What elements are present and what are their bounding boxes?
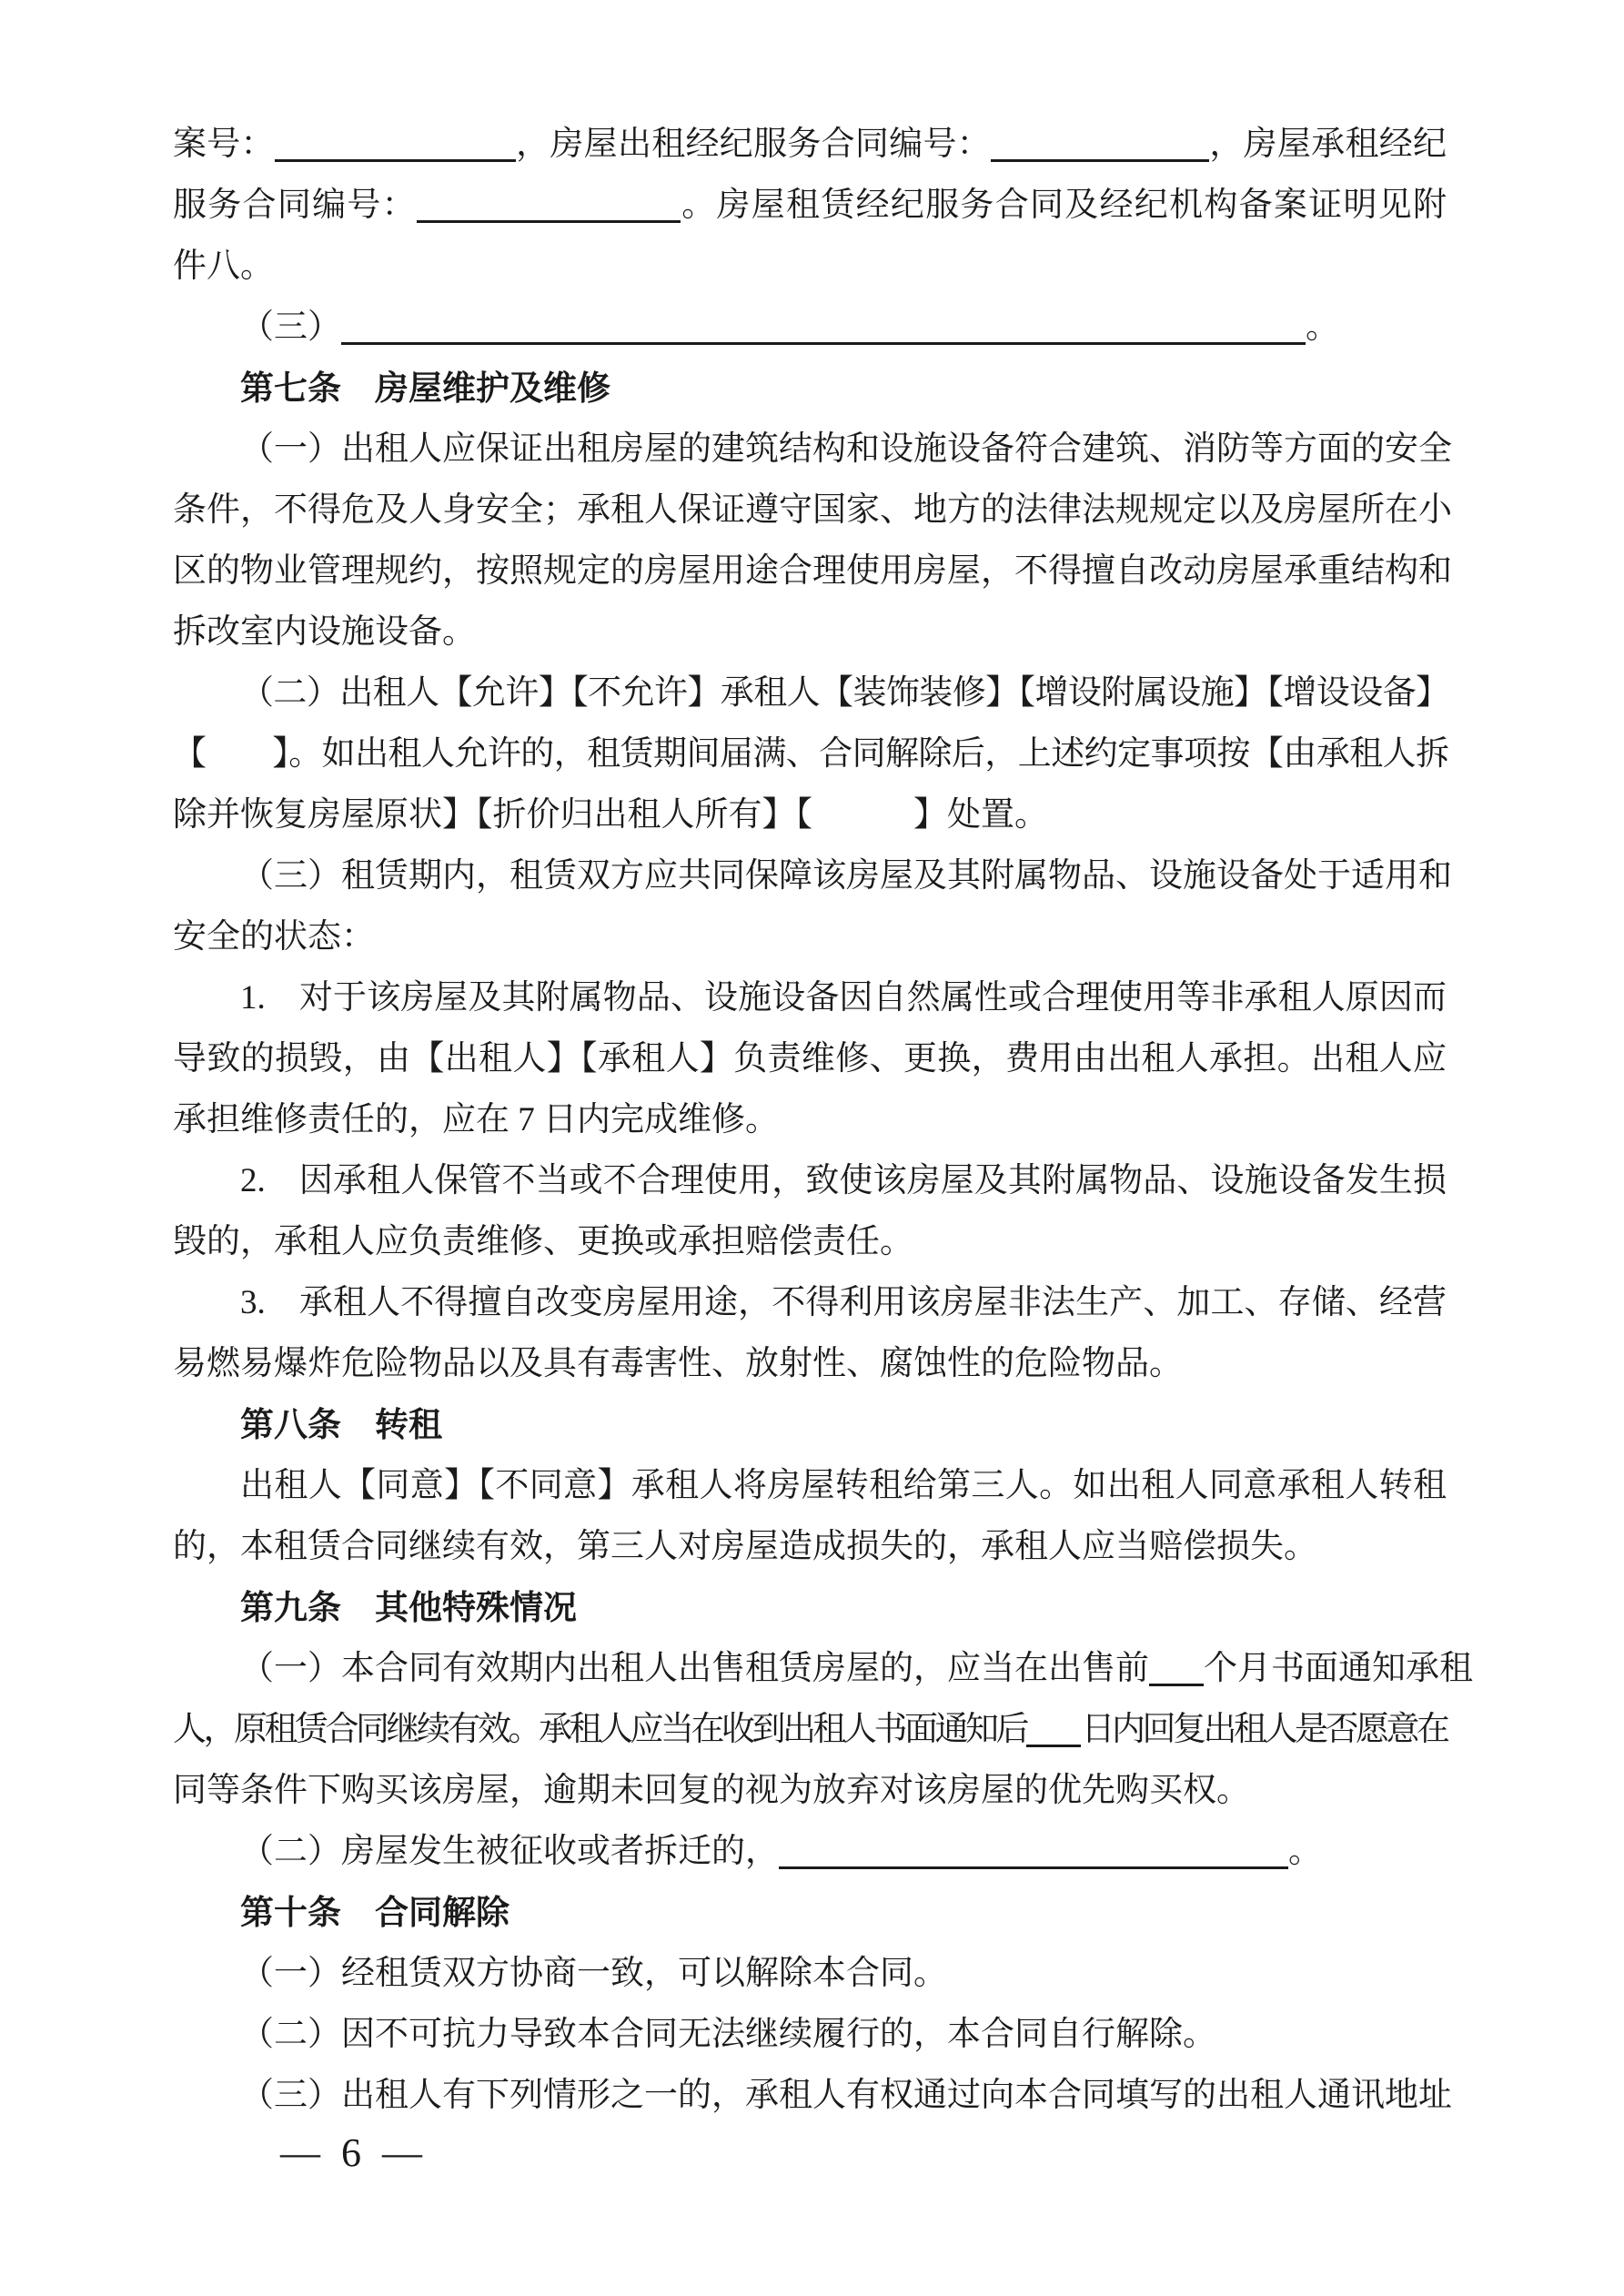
text-run: 2. 因承租人保管不当或不合理使用，致使该房屋及其附属物品、设施设备发生损 (240, 1162, 1447, 1199)
text-run: 。 (1306, 308, 1339, 346)
text-run: （一）本合同有效期内出租人出售租赁房屋的，应当在出售前 (240, 1650, 1149, 1687)
contract-text-line: （一）经租赁双方协商一致，可以解除本合同。 (173, 1943, 1447, 2004)
section-heading: 第七条 房屋维护及维修 (173, 358, 1447, 419)
contract-text-line: 出租人【同意】【不同意】承租人将房屋转租给第三人。如出租人同意承租人转租 (173, 1455, 1447, 1516)
text-run: （一）经租赁双方协商一致，可以解除本合同。 (240, 1955, 947, 1992)
contract-text-line: 易燃易爆炸危险物品以及具有毒害性、放射性、腐蚀性的危险物品。 (173, 1333, 1447, 1394)
text-run: （三）租赁期内，租赁双方应共同保障该房屋及其附属物品、设施设备处于适用和 (240, 857, 1452, 895)
contract-text-line: 安全的状态： (173, 906, 1447, 967)
contract-text-line: （二）因不可抗力导致本合同无法继续履行的，本合同自行解除。 (173, 2004, 1447, 2065)
contract-text-line: 毁的，承租人应负责维修、更换或承担赔偿责任。 (173, 1211, 1447, 1272)
text-run: （二）出租人【允许】【不允许】承租人【装饰装修】【增设附属设施】【增设设备】 (240, 674, 1447, 712)
text-run: （二）因不可抗力导致本合同无法继续履行的，本合同自行解除。 (240, 2016, 1216, 2053)
text-run: 承担维修责任的，应在 7 日内完成维修。 (173, 1101, 779, 1138)
contract-text-line: 同等条件下购买该房屋，逾期未回复的视为放弃对该房屋的优先购买权。 (173, 1760, 1447, 1821)
text-run: 。 (1288, 1833, 1322, 1870)
text-run: 区的物业管理规约，按照规定的房屋用途合理使用房屋，不得擅自改动房屋承重结构和 (173, 552, 1452, 590)
contract-text-line: （二）房屋发生被征收或者拆迁的，。 (173, 1821, 1447, 1882)
text-run: 案号： (173, 126, 275, 163)
contract-text-line: （二）出租人【允许】【不允许】承租人【装饰装修】【增设附属设施】【增设设备】 (173, 663, 1447, 723)
text-run: 的，本租赁合同继续有效，第三人对房屋造成损失的，承租人应当赔偿损失。 (173, 1528, 1317, 1565)
document-page: 案号：，房屋出租经纪服务合同编号：，房屋承租经纪服务合同编号：。房屋租赁经纪服务… (0, 0, 1624, 2296)
section-heading: 第十条 合同解除 (173, 1882, 1447, 1943)
contract-text-line: 承担维修责任的，应在 7 日内完成维修。 (173, 1089, 1447, 1150)
text-run: 安全的状态： (173, 918, 375, 956)
contract-text-line: 人，原租赁合同继续有效。承租人应当在收到出租人书面通知后日内回复出租人是否愿意在 (173, 1699, 1447, 1760)
text-run: （三） (240, 308, 341, 346)
contract-text-line: 条件，不得危及人身安全；承租人保证遵守国家、地方的法律法规规定以及房屋所在小 (173, 480, 1447, 541)
contract-text-line: （一）本合同有效期内出租人出售租赁房屋的，应当在出售前个月书面通知承租 (173, 1638, 1447, 1699)
text-run: （二）房屋发生被征收或者拆迁的， (240, 1833, 779, 1870)
contract-text-line: 案号：，房屋出租经纪服务合同编号：，房屋承租经纪 (173, 114, 1447, 175)
contract-text-line: （一）出租人应保证出租房屋的建筑结构和设施设备符合建筑、消防等方面的安全 (173, 419, 1447, 480)
contract-text-line: （三）租赁期内，租赁双方应共同保障该房屋及其附属物品、设施设备处于适用和 (173, 845, 1447, 906)
fill-in-blank[interactable] (779, 1836, 1288, 1869)
fill-in-blank[interactable] (417, 189, 681, 223)
text-run: 日内回复出租人是否愿意在 (1081, 1711, 1447, 1748)
text-run: 第八条 转租 (240, 1406, 442, 1443)
fill-in-blank[interactable] (991, 128, 1209, 162)
text-run: 易燃易爆炸危险物品以及具有毒害性、放射性、腐蚀性的危险物品。 (173, 1345, 1183, 1382)
text-run: 【 】。如出租人允许的，租赁期间届满、合同解除后，上述约定事项按【由承租人拆 (173, 735, 1447, 773)
fill-in-blank[interactable] (1149, 1653, 1204, 1686)
contract-text-line: 的，本租赁合同继续有效，第三人对房屋造成损失的，承租人应当赔偿损失。 (173, 1516, 1447, 1577)
contract-text-line: 件八。 (173, 236, 1447, 297)
contract-text-line: 拆改室内设施设备。 (173, 602, 1447, 663)
text-run: 出租人【同意】【不同意】承租人将房屋转租给第三人。如出租人同意承租人转租 (240, 1467, 1447, 1504)
text-run: 第九条 其他特殊情况 (240, 1589, 577, 1626)
contract-text-line: （三）。 (173, 297, 1447, 358)
contract-text-line: 服务合同编号：。房屋租赁经纪服务合同及经纪机构备案证明见附 (173, 175, 1447, 236)
text-run: 导致的损毁，由【出租人】【承租人】负责维修、更换，费用由出租人承担。出租人应 (173, 1040, 1447, 1077)
text-run: 同等条件下购买该房屋，逾期未回复的视为放弃对该房屋的优先购买权。 (173, 1772, 1250, 1809)
text-run: （一）出租人应保证出租房屋的建筑结构和设施设备符合建筑、消防等方面的安全 (240, 430, 1452, 468)
document-body: 案号：，房屋出租经纪服务合同编号：，房屋承租经纪服务合同编号：。房屋租赁经纪服务… (173, 114, 1447, 2126)
contract-text-line: 导致的损毁，由【出租人】【承租人】负责维修、更换，费用由出租人承担。出租人应 (173, 1028, 1447, 1089)
text-run: 第七条 房屋维护及维修 (240, 369, 610, 407)
text-run: 第十条 合同解除 (240, 1894, 509, 1931)
contract-text-line: 3. 承租人不得擅自改变房屋用途，不得利用该房屋非法生产、加工、存储、经营 (173, 1272, 1447, 1333)
text-run: 除并恢复房屋原状】【折价归出租人所有】【 】处置。 (173, 796, 1048, 834)
text-run: 3. 承租人不得擅自改变房屋用途，不得利用该房屋非法生产、加工、存储、经营 (240, 1284, 1447, 1321)
text-run: （三）出租人有下列情形之一的，承租人有权通过向本合同填写的出租人通讯地址 (240, 2077, 1452, 2114)
fill-in-blank[interactable] (275, 128, 516, 162)
text-run: 个月书面通知承租 (1204, 1650, 1473, 1687)
section-heading: 第九条 其他特殊情况 (173, 1577, 1447, 1638)
text-run: 服务合同编号： (173, 187, 417, 224)
text-run: 件八。 (173, 248, 274, 285)
text-run: 条件，不得危及人身安全；承租人保证遵守国家、地方的法律法规规定以及房屋所在小 (173, 491, 1452, 529)
text-run: 拆改室内设施设备。 (173, 613, 476, 651)
text-run: 。房屋租赁经纪服务合同及经纪机构备案证明见附 (681, 187, 1447, 224)
contract-text-line: 【 】。如出租人允许的，租赁期间届满、合同解除后，上述约定事项按【由承租人拆 (173, 723, 1447, 784)
text-run: 1. 对于该房屋及其附属物品、设施设备因自然属性或合理使用等非承租人原因而 (240, 979, 1447, 1017)
contract-text-line: 除并恢复房屋原状】【折价归出租人所有】【 】处置。 (173, 784, 1447, 845)
fill-in-blank[interactable] (1026, 1714, 1081, 1747)
section-heading: 第八条 转租 (173, 1394, 1447, 1455)
text-run: 毁的，承租人应负责维修、更换或承担赔偿责任。 (173, 1223, 913, 1260)
page-number: — 6 — (280, 2126, 428, 2180)
contract-text-line: 1. 对于该房屋及其附属物品、设施设备因自然属性或合理使用等非承租人原因而 (173, 967, 1447, 1028)
contract-text-line: 区的物业管理规约，按照规定的房屋用途合理使用房屋，不得擅自改动房屋承重结构和 (173, 541, 1447, 602)
contract-text-line: 2. 因承租人保管不当或不合理使用，致使该房屋及其附属物品、设施设备发生损 (173, 1150, 1447, 1211)
text-run: ，房屋出租经纪服务合同编号： (516, 126, 991, 163)
contract-text-line: （三）出租人有下列情形之一的，承租人有权通过向本合同填写的出租人通讯地址 (173, 2065, 1447, 2126)
text-run: 人，原租赁合同继续有效。承租人应当在收到出租人书面通知后 (173, 1711, 1026, 1748)
text-run: ，房屋承租经纪 (1209, 126, 1447, 163)
fill-in-blank[interactable] (341, 311, 1306, 345)
